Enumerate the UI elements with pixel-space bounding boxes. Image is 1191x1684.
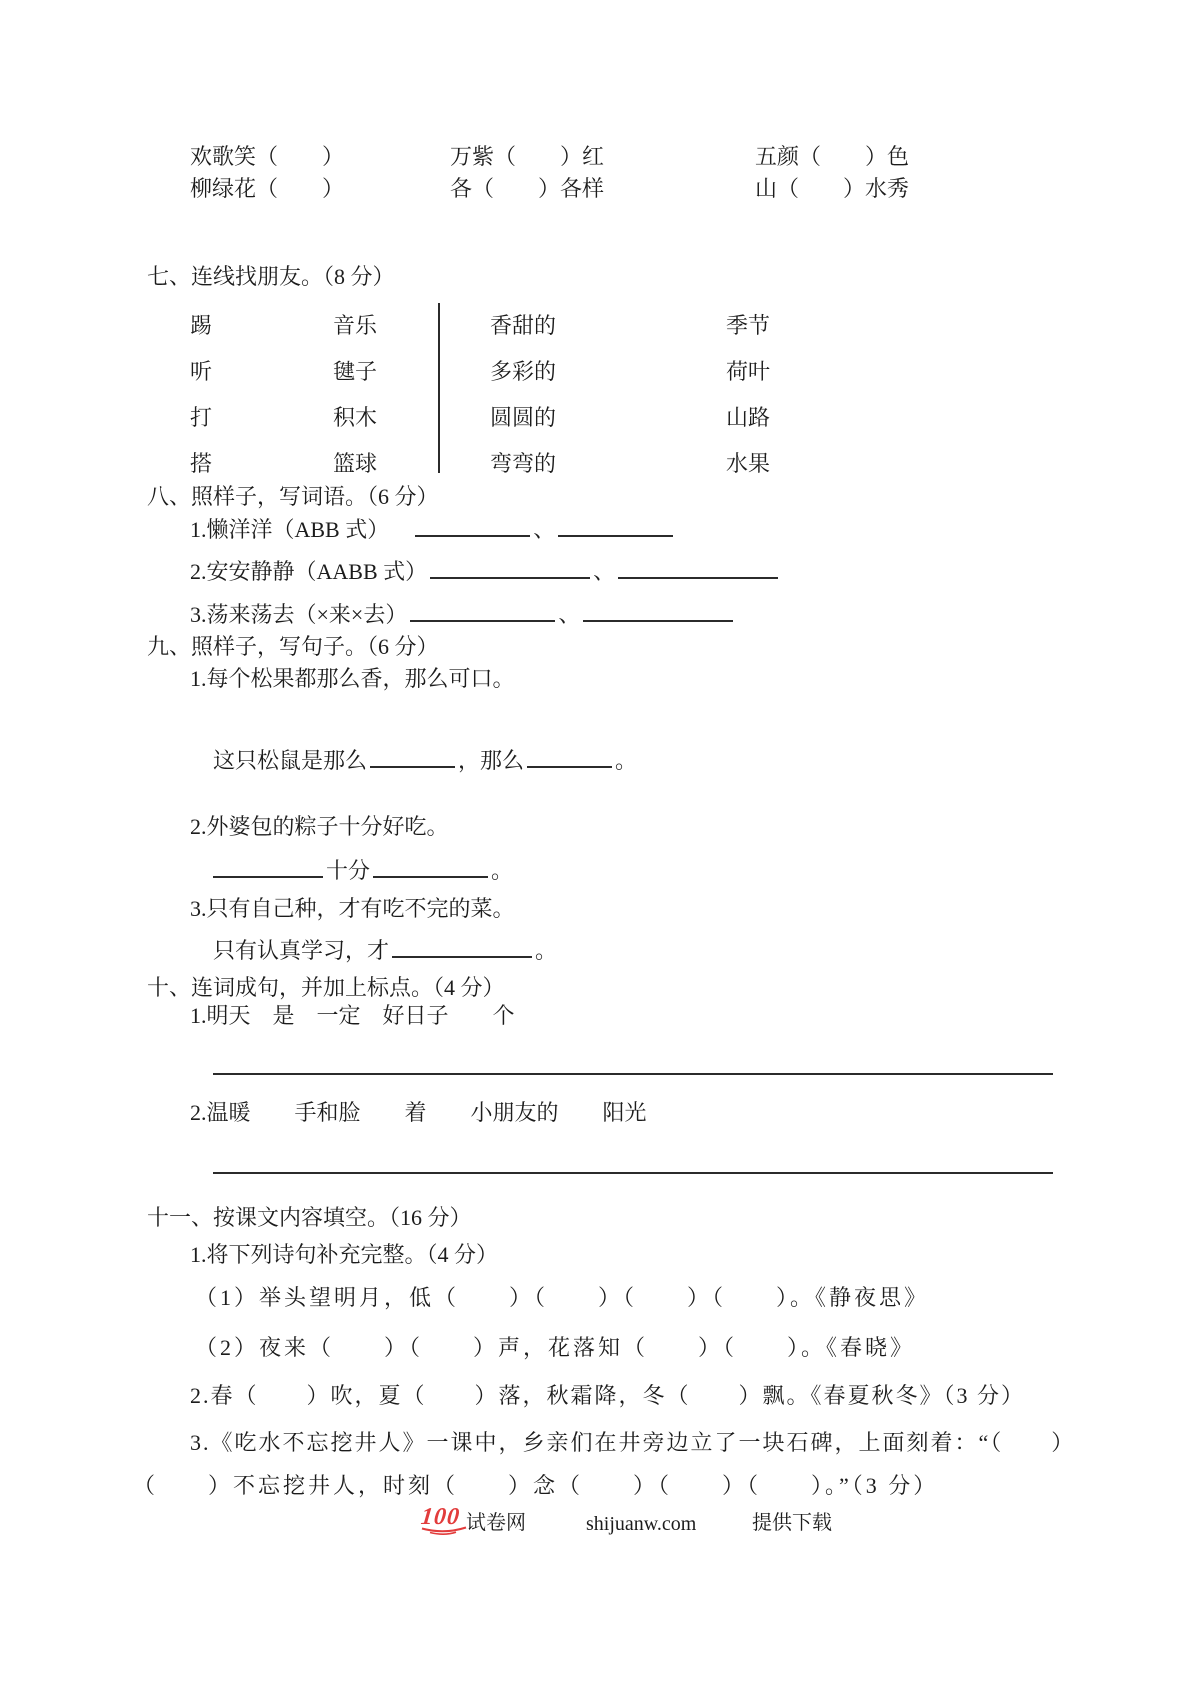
word-blank-item: 万紫（ ）红 [450, 144, 604, 170]
answer-blank [558, 517, 673, 537]
section-8-title: 八、照样子，写词语。（6 分） [147, 484, 439, 510]
test-paper-page: 欢歌笑（ ） 万紫（ ）红 五颜（ ）色 柳绿花（ ） 各（ ）各样 山（ ）水… [0, 0, 1191, 1684]
match-word: 搭 [190, 451, 212, 477]
section-9-title: 九、照样子，写句子。（6 分） [147, 634, 439, 660]
question-line: 2.安安静静（AABB 式）、 [190, 559, 781, 585]
word-blank-item: 山（ ）水秀 [755, 176, 909, 202]
word-blank-item: 五颜（ ）色 [755, 144, 909, 170]
match-word: 弯弯的 [490, 451, 556, 477]
answer-blank [618, 559, 778, 579]
question-label: 2.安安静静（AABB 式） [190, 559, 427, 584]
question-line: 这只松鼠是那么，那么。 [213, 748, 637, 774]
sentence-part: 只有认真学习，才 [213, 938, 389, 963]
match-word: 篮球 [333, 451, 377, 477]
sentence-part: 十分 [326, 858, 370, 883]
question-line: 1.明天 是 一定 好日子 个 [190, 1003, 515, 1029]
sentence-part: 。 [615, 748, 637, 773]
match-word: 听 [190, 359, 212, 385]
separator: 、 [593, 559, 615, 584]
section-7-title: 七、连线找朋友。（8 分） [147, 264, 395, 290]
answer-blank [583, 602, 733, 622]
answer-blank [213, 858, 323, 878]
section-11-title: 十一、按课文内容填空。（16 分） [147, 1205, 472, 1231]
answer-blank [392, 938, 532, 958]
footer-url: shijuanw.com [586, 1511, 696, 1537]
shijuanwang-logo: 100 [421, 1506, 467, 1535]
question-label: 1.懒洋洋（ABB 式） [190, 517, 389, 542]
match-word: 毽子 [333, 359, 377, 385]
answer-blank [430, 559, 590, 579]
question-line: 1.懒洋洋（ABB 式）、 [190, 517, 676, 543]
match-word: 多彩的 [490, 359, 556, 385]
logo-100-text: 100 [420, 1506, 468, 1528]
question-line: 十分。 [213, 858, 513, 884]
match-word: 音乐 [333, 313, 377, 339]
match-word: 水果 [726, 451, 770, 477]
match-word: 香甜的 [490, 313, 556, 339]
word-blank-item: 柳绿花（ ） [190, 176, 344, 202]
match-word: 季节 [726, 313, 770, 339]
word-blank-item: 各（ ）各样 [450, 176, 604, 202]
answer-line [213, 1073, 1053, 1075]
sentence-part: 这只松鼠是那么 [213, 748, 367, 773]
question-line: （ ）不忘挖井人，时刻（ ）念（ ）（ ）（ ）。”（3 分） [133, 1473, 938, 1499]
column-divider [438, 303, 440, 473]
answer-blank [415, 517, 530, 537]
question-line: 1.每个松果都那么香，那么可口。 [190, 666, 515, 692]
match-word: 打 [190, 405, 212, 431]
sentence-part: ，那么 [458, 748, 524, 773]
question-line: 3.《吃水不忘挖井人》一课中，乡亲们在井旁边立了一块石碑，上面刻着：“（ ） [190, 1430, 1075, 1456]
answer-line [213, 1172, 1053, 1174]
question-line: 1.将下列诗句补充完整。（4 分） [190, 1242, 498, 1268]
question-line: （1）举头望明月，低（ ）（ ）（ ）（ ）。《静夜思》 [195, 1285, 929, 1311]
sentence-part: 。 [535, 938, 557, 963]
word-blank-item: 欢歌笑（ ） [190, 144, 344, 170]
match-word: 荷叶 [726, 359, 770, 385]
question-line: 2.外婆包的粽子十分好吃。 [190, 814, 449, 840]
separator: 、 [533, 517, 555, 542]
match-word: 山路 [726, 405, 770, 431]
question-line: 2.春（ ）吹，夏（ ）落，秋霜降，冬（ ）飘。《春夏秋冬》（3 分） [190, 1383, 1025, 1409]
question-line: 3.荡来荡去（×来×去）、 [190, 602, 736, 628]
question-line: 3.只有自己种，才有吃不完的菜。 [190, 896, 515, 922]
separator: 、 [558, 602, 580, 627]
section-10-title: 十、连词成句，并加上标点。（4 分） [147, 975, 505, 1001]
answer-blank [373, 858, 488, 878]
question-line: （2）夜来（ ）（ ）声，花落知（ ）（ ）。《春晓》 [195, 1335, 915, 1361]
answer-blank [410, 602, 555, 622]
footer-tagline: 提供下载 [752, 1510, 832, 1536]
sentence-part: 。 [491, 858, 513, 883]
question-label: 3.荡来荡去（×来×去） [190, 602, 407, 627]
answer-blank [527, 748, 612, 768]
answer-blank [370, 748, 455, 768]
match-word: 圆圆的 [490, 405, 556, 431]
match-word: 踢 [190, 313, 212, 339]
match-word: 积木 [333, 405, 377, 431]
footer-site-name: 试卷网 [466, 1510, 526, 1536]
question-line: 2.温暖 手和脸 着 小朋友的 阳光 [190, 1100, 647, 1126]
question-line: 只有认真学习，才。 [213, 938, 557, 964]
